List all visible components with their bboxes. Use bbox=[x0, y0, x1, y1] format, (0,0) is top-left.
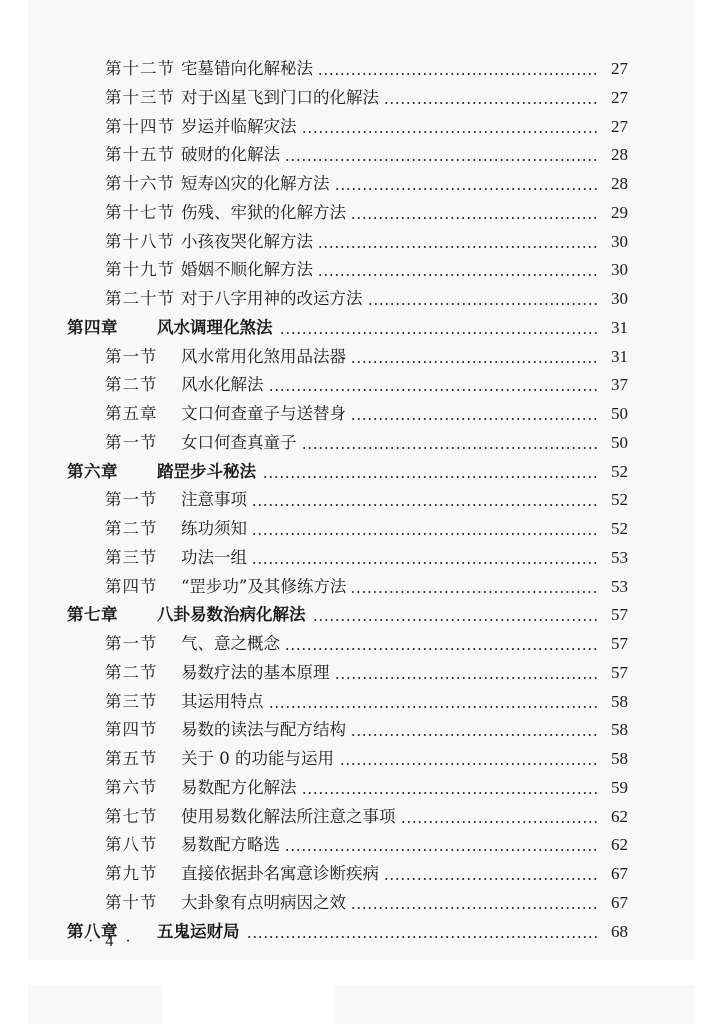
toc-section-entry[interactable]: 第五节关于 0 的功能与运用58 bbox=[105, 745, 628, 773]
toc-section-entry[interactable]: 第十三节对于凶星飞到门口的化解法27 bbox=[105, 84, 628, 112]
scan-artifact-block bbox=[163, 985, 335, 1024]
entry-label: 第十节 bbox=[105, 889, 173, 917]
entry-page-number: 52 bbox=[604, 486, 628, 514]
dot-leader bbox=[246, 936, 599, 938]
entry-title: 其运用特点 bbox=[173, 688, 264, 716]
toc-section-entry[interactable]: 第十七节伤残、牢狱的化解方法29 bbox=[105, 199, 628, 227]
entry-label: 第二节 bbox=[105, 515, 173, 543]
dot-leader bbox=[385, 878, 598, 880]
dot-leader bbox=[303, 447, 599, 449]
dot-leader bbox=[352, 734, 598, 736]
toc-section-entry[interactable]: 第四节易数的读法与配方结构58 bbox=[105, 716, 628, 744]
entry-page-number: 53 bbox=[604, 573, 628, 601]
entry-page-number: 28 bbox=[604, 170, 628, 198]
entry-page-number: 58 bbox=[604, 688, 628, 716]
toc-section-entry[interactable]: 第二节练功须知52 bbox=[105, 515, 628, 543]
entry-title: 易数配方略选 bbox=[173, 831, 280, 859]
entry-label: 第七章 bbox=[67, 601, 149, 629]
dot-leader bbox=[402, 821, 599, 823]
entry-label: 第八节 bbox=[105, 831, 173, 859]
entry-label: 第三节 bbox=[105, 544, 173, 572]
toc-section-entry[interactable]: 第三节其运用特点58 bbox=[105, 688, 628, 716]
entry-title: “罡步功”及其修练方法 bbox=[173, 573, 346, 601]
entry-label: 第四节 bbox=[105, 573, 173, 601]
entry-label: 第五节 bbox=[105, 745, 173, 773]
entry-label: 第六节 bbox=[105, 774, 173, 802]
toc-section-entry[interactable]: 第四节“罡步功”及其修练方法53 bbox=[105, 573, 628, 601]
toc-section-entry[interactable]: 第二节易数疗法的基本原理57 bbox=[105, 659, 628, 687]
entry-page-number: 27 bbox=[604, 113, 628, 141]
toc-section-entry[interactable]: 第十九节婚姻不顺化解方法30 bbox=[105, 256, 628, 284]
toc-section-entry[interactable]: 第十四节岁运并临解灾法27 bbox=[105, 113, 628, 141]
entry-title: 功法一组 bbox=[173, 544, 247, 572]
entry-page-number: 53 bbox=[604, 544, 628, 572]
entry-page-number: 27 bbox=[604, 84, 628, 112]
entry-title: 风水常用化煞用品法器 bbox=[173, 343, 346, 371]
dot-leader bbox=[319, 274, 598, 276]
entry-title: 易数配方化解法 bbox=[173, 774, 297, 802]
dot-leader bbox=[369, 303, 599, 305]
entry-label: 第一节 bbox=[105, 343, 173, 371]
entry-label: 第七节 bbox=[105, 803, 173, 831]
entry-title: 伤残、牢狱的化解方法 bbox=[173, 199, 346, 227]
entry-title: 直接依据卦名寓意诊断疾病 bbox=[173, 860, 379, 888]
entry-page-number: 31 bbox=[604, 314, 628, 342]
dot-leader bbox=[303, 792, 599, 794]
toc-section-entry[interactable]: 第十八节小孩夜哭化解方法30 bbox=[105, 228, 628, 256]
dot-leader bbox=[253, 562, 598, 564]
entry-page-number: 57 bbox=[604, 659, 628, 687]
entry-title: 女口何查真童子 bbox=[173, 429, 297, 457]
entry-page-number: 50 bbox=[604, 429, 628, 457]
toc-section-entry[interactable]: 第一节女口何查真童子50 bbox=[105, 429, 628, 457]
toc-chapter-entry[interactable]: 第七章八卦易数治病化解法57 bbox=[67, 601, 628, 629]
entry-title: 破财的化解法 bbox=[173, 141, 280, 169]
toc-chapter-entry[interactable]: 第六章踏罡步斗秘法52 bbox=[67, 458, 628, 486]
entry-label: 第九节 bbox=[105, 860, 173, 888]
toc-section-entry[interactable]: 第九节直接依据卦名寓意诊断疾病67 bbox=[105, 860, 628, 888]
entry-label: 第十四节 bbox=[105, 113, 173, 141]
dot-leader bbox=[352, 361, 598, 363]
dot-leader bbox=[253, 504, 598, 506]
entry-title: 宅墓错向化解秘法 bbox=[173, 55, 313, 83]
entry-title: 易数疗法的基本原理 bbox=[173, 659, 330, 687]
page-number-footer: · 4 · bbox=[88, 933, 135, 951]
entry-page-number: 67 bbox=[604, 889, 628, 917]
dot-leader bbox=[253, 533, 598, 535]
entry-label: 第十三节 bbox=[105, 84, 173, 112]
entry-page-number: 30 bbox=[604, 228, 628, 256]
entry-page-number: 27 bbox=[604, 55, 628, 83]
entry-page-number: 52 bbox=[604, 515, 628, 543]
entry-page-number: 58 bbox=[604, 716, 628, 744]
entry-title: 大卦象有点明病因之效 bbox=[173, 889, 346, 917]
toc-section-entry[interactable]: 第一节风水常用化煞用品法器31 bbox=[105, 343, 628, 371]
toc-section-entry[interactable]: 第二节风水化解法37 bbox=[105, 371, 628, 399]
entry-title: 岁运并临解灾法 bbox=[173, 113, 297, 141]
toc-section-entry[interactable]: 第六节易数配方化解法59 bbox=[105, 774, 628, 802]
dot-leader bbox=[336, 677, 599, 679]
entry-page-number: 57 bbox=[604, 630, 628, 658]
entry-title: 风水调理化煞法 bbox=[149, 314, 273, 342]
entry-page-number: 50 bbox=[604, 400, 628, 428]
entry-page-number: 29 bbox=[604, 199, 628, 227]
dot-leader bbox=[279, 332, 599, 334]
toc-section-entry[interactable]: 第十六节短寿凶灾的化解方法28 bbox=[105, 170, 628, 198]
entry-label: 第二节 bbox=[105, 659, 173, 687]
entry-page-number: 68 bbox=[604, 918, 628, 946]
entry-title: 使用易数化解法所注意之事项 bbox=[173, 803, 396, 831]
entry-title: 风水化解法 bbox=[173, 371, 264, 399]
entry-label: 第三节 bbox=[105, 688, 173, 716]
dot-leader bbox=[352, 418, 598, 420]
dot-leader bbox=[286, 648, 598, 650]
toc-section-entry[interactable]: 第一节注意事项52 bbox=[105, 486, 628, 514]
entry-title: 注意事项 bbox=[173, 486, 247, 514]
entry-label: 第十九节 bbox=[105, 256, 173, 284]
entry-label: 第十八节 bbox=[105, 228, 173, 256]
dot-leader bbox=[340, 763, 598, 765]
entry-page-number: 59 bbox=[604, 774, 628, 802]
dot-leader bbox=[286, 159, 598, 161]
entry-title: 踏罡步斗秘法 bbox=[149, 458, 256, 486]
dot-leader bbox=[385, 102, 598, 104]
toc-section-entry[interactable]: 第二十节对于八字用神的改运方法30 bbox=[105, 285, 628, 313]
toc-section-entry[interactable]: 第三节功法一组53 bbox=[105, 544, 628, 572]
entry-title: 短寿凶灾的化解方法 bbox=[173, 170, 330, 198]
dot-leader bbox=[352, 591, 598, 593]
dot-leader bbox=[303, 131, 599, 133]
entry-label: 第十五节 bbox=[105, 141, 173, 169]
entry-label: 第二十节 bbox=[105, 285, 173, 313]
dot-leader bbox=[312, 619, 599, 621]
entry-page-number: 67 bbox=[604, 860, 628, 888]
entry-label: 第六章 bbox=[67, 458, 149, 486]
entry-title: 练功须知 bbox=[173, 515, 247, 543]
entry-label: 第四节 bbox=[105, 716, 173, 744]
entry-page-number: 52 bbox=[604, 458, 628, 486]
entry-title: 婚姻不顺化解方法 bbox=[173, 256, 313, 284]
entry-label: 第十七节 bbox=[105, 199, 173, 227]
toc-section-entry[interactable]: 第十二节宅墓错向化解秘法27 bbox=[105, 55, 628, 83]
dot-leader bbox=[270, 389, 599, 391]
entry-title: 关于 0 的功能与运用 bbox=[173, 745, 334, 773]
dot-leader bbox=[352, 907, 598, 909]
entry-label: 第二节 bbox=[105, 371, 173, 399]
toc-section-entry[interactable]: 第十五节破财的化解法28 bbox=[105, 141, 628, 169]
dot-leader bbox=[352, 217, 598, 219]
entry-page-number: 30 bbox=[604, 285, 628, 313]
entry-title: 气、意之概念 bbox=[173, 630, 280, 658]
toc-section-entry[interactable]: 第八节易数配方略选62 bbox=[105, 831, 628, 859]
toc-chapter-entry[interactable]: 第四章风水调理化煞法31 bbox=[67, 314, 628, 342]
entry-label: 第四章 bbox=[67, 314, 149, 342]
entry-page-number: 31 bbox=[604, 343, 628, 371]
dot-leader bbox=[319, 73, 598, 75]
toc-section-entry[interactable]: 第一节气、意之概念57 bbox=[105, 630, 628, 658]
entry-label: 第一节 bbox=[105, 486, 173, 514]
entry-label: 第五章 bbox=[105, 400, 173, 428]
entry-title: 文口何查童子与送替身 bbox=[173, 400, 346, 428]
dot-leader bbox=[262, 476, 598, 478]
entry-page-number: 28 bbox=[604, 141, 628, 169]
entry-page-number: 62 bbox=[604, 831, 628, 859]
entry-title: 对于八字用神的改运方法 bbox=[173, 285, 363, 313]
dot-leader bbox=[270, 706, 599, 708]
entry-page-number: 62 bbox=[604, 803, 628, 831]
entry-label: 第一节 bbox=[105, 429, 173, 457]
entry-label: 第十六节 bbox=[105, 170, 173, 198]
dot-leader bbox=[336, 188, 599, 190]
dot-leader bbox=[319, 246, 598, 248]
entry-page-number: 30 bbox=[604, 256, 628, 284]
entry-page-number: 57 bbox=[604, 601, 628, 629]
toc-section-entry[interactable]: 第七节使用易数化解法所注意之事项62 bbox=[105, 803, 628, 831]
entry-title: 八卦易数治病化解法 bbox=[149, 601, 306, 629]
entry-title: 易数的读法与配方结构 bbox=[173, 716, 346, 744]
entry-title: 小孩夜哭化解方法 bbox=[173, 228, 313, 256]
dot-leader bbox=[286, 849, 598, 851]
entry-page-number: 58 bbox=[604, 745, 628, 773]
entry-title: 对于凶星飞到门口的化解法 bbox=[173, 84, 379, 112]
entry-label: 第十二节 bbox=[105, 55, 173, 83]
toc-section-entry[interactable]: 第十节大卦象有点明病因之效67 bbox=[105, 889, 628, 917]
scan-artifact-band bbox=[28, 960, 694, 985]
entry-title: 五鬼运财局 bbox=[149, 918, 240, 946]
entry-page-number: 37 bbox=[604, 371, 628, 399]
toc-chapter-entry[interactable]: 第八章五鬼运财局68 bbox=[67, 918, 628, 946]
entry-label: 第一节 bbox=[105, 630, 173, 658]
toc-section-entry[interactable]: 第五章文口何查童子与送替身50 bbox=[105, 400, 628, 428]
